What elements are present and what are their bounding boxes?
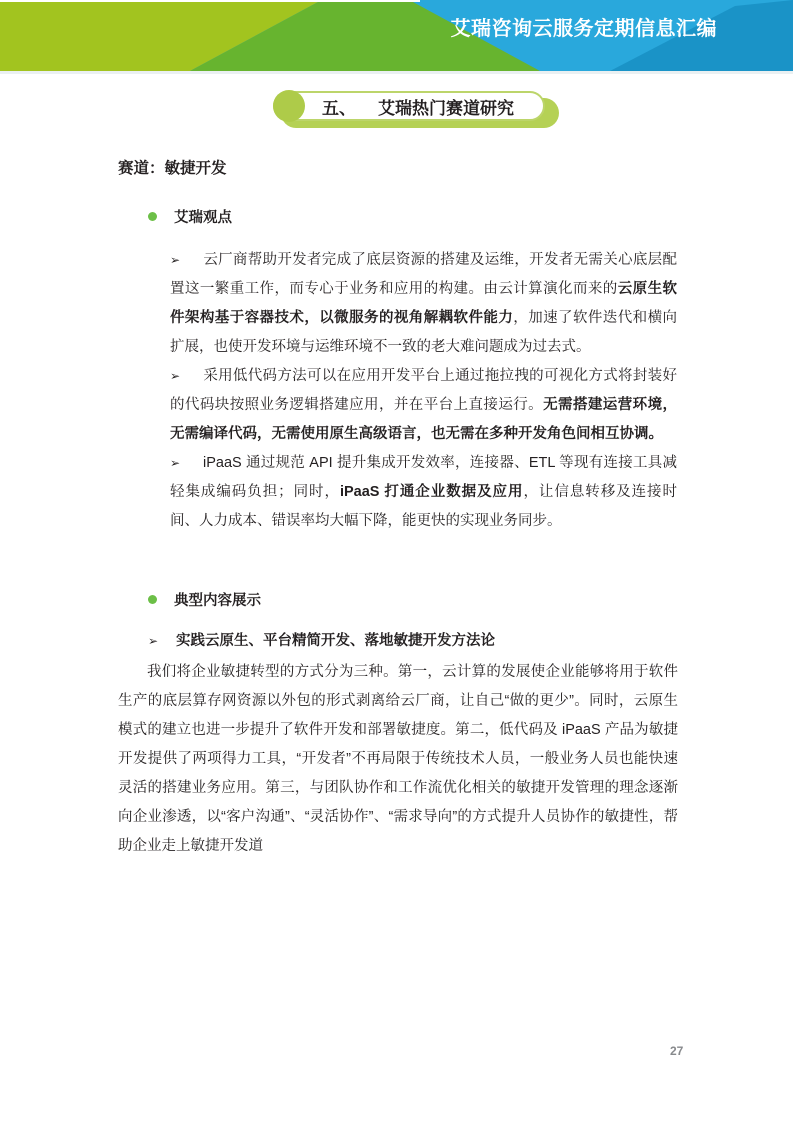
arrow-bullet-icon: ➢ [170, 449, 203, 478]
header-bottom-divider [0, 71, 793, 74]
badge-circle-icon [273, 90, 305, 122]
arrow-bullet-icon: ➢ [170, 246, 203, 275]
track-heading: 赛道：敏捷开发 [118, 156, 227, 178]
bullet-paragraph-text: 云厂商帮助开发者完成了底层资源的搭建及运维，开发者无需关心底层配置这一繁重工作，… [170, 252, 677, 355]
section-number-label: 五、 [322, 94, 356, 119]
header-title: 艾瑞咨询云服务定期信息汇编 [451, 12, 718, 41]
bullet-dot-icon [148, 595, 157, 604]
report-page: 艾瑞咨询云服务定期信息汇编 五、 艾瑞热门赛道研究 赛道：敏捷开发 艾瑞观点 ➢… [0, 0, 793, 1122]
showcase-subheading-label: 实践云原生、平台精简开发、落地敏捷开发方法论 [176, 633, 495, 649]
bullet-paragraph: ➢云厂商帮助开发者完成了底层资源的搭建及运维，开发者无需关心底层配置这一繁重工作… [170, 246, 677, 362]
showcase-section-heading: 典型内容展示 [148, 589, 261, 609]
viewpoint-section-heading: 艾瑞观点 [148, 206, 232, 226]
viewpoint-heading-label: 艾瑞观点 [174, 206, 232, 227]
badge-pill: 五、 艾瑞热门赛道研究 [273, 91, 545, 121]
showcase-heading-label: 典型内容展示 [174, 589, 261, 610]
showcase-subheading: ➢实践云原生、平台精简开发、落地敏捷开发方法论 [148, 629, 678, 650]
header-top-sliver [0, 0, 420, 2]
bullet-dot-icon [148, 212, 157, 221]
arrow-bullet-icon: ➢ [148, 634, 176, 648]
bullet-paragraph-text: iPaaS 通过规范 API 提升集成开发效率，连接器、ETL 等现有连接工具减… [170, 455, 677, 529]
bullet-paragraph-text: 采用低代码方法可以在应用开发平台上通过拖拉拽的可视化方式将封装好的代码块按照业务… [170, 368, 677, 442]
bullet-paragraph: ➢采用低代码方法可以在应用开发平台上通过拖拉拽的可视化方式将封装好的代码块按照业… [170, 362, 677, 449]
viewpoint-bullet-list: ➢云厂商帮助开发者完成了底层资源的搭建及运维，开发者无需关心底层配置这一繁重工作… [170, 246, 677, 536]
section-title: 艾瑞热门赛道研究 [378, 94, 514, 119]
page-header: 艾瑞咨询云服务定期信息汇编 [0, 0, 793, 71]
arrow-bullet-icon: ➢ [170, 362, 203, 391]
showcase-paragraph: 我们将企业敏捷转型的方式分为三种。第一，云计算的发展使企业能够将用于软件生产的底… [118, 658, 678, 861]
bullet-paragraph: ➢iPaaS 通过规范 API 提升集成开发效率，连接器、ETL 等现有连接工具… [170, 449, 677, 536]
page-number: 27 [670, 1044, 683, 1058]
